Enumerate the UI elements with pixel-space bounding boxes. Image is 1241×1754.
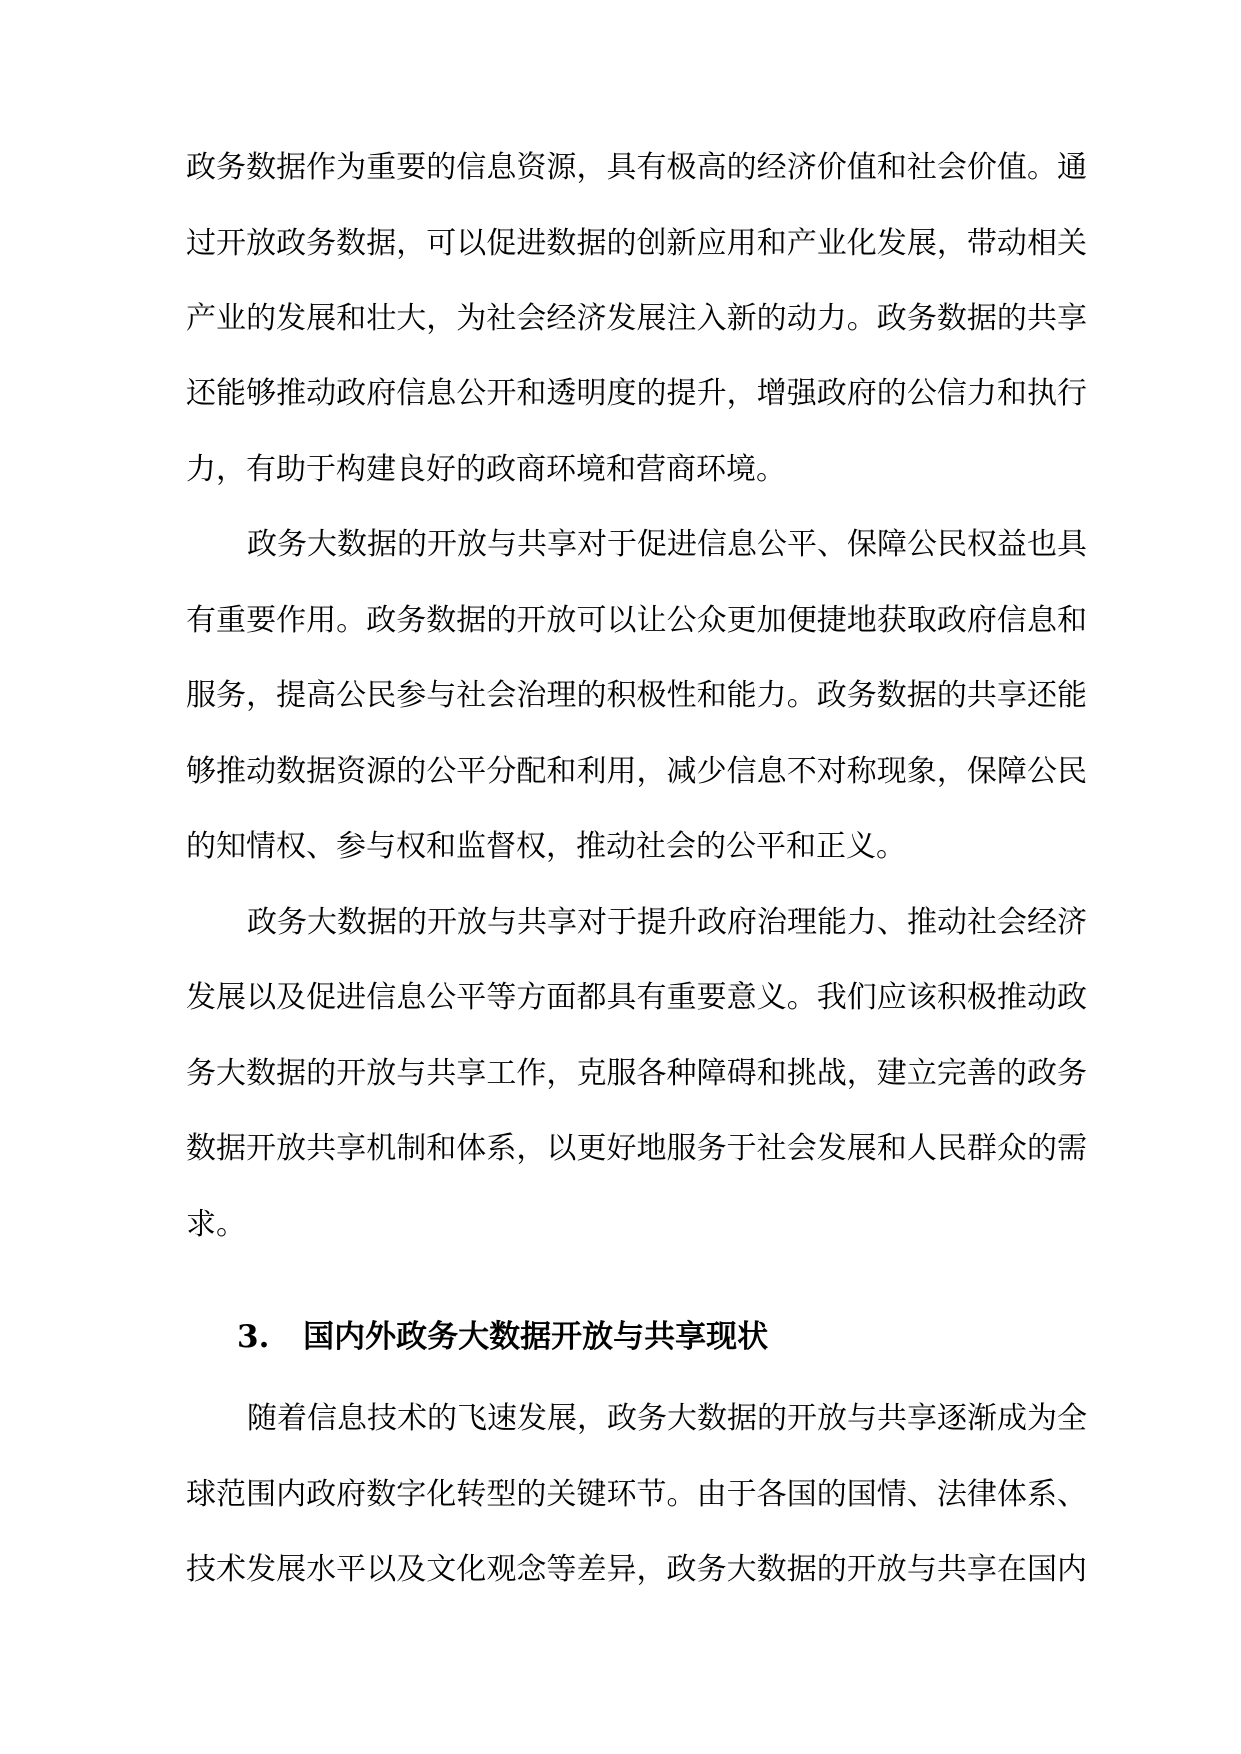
paragraph1-line4: 还能够推动政府信息公开和透明度的提升，增强政府的公信力和执行 [186, 377, 1087, 411]
paragraph3-line5: 求。 [186, 1208, 246, 1242]
paragraph2-line2: 有重要作用。政务数据的开放可以让公众更加便捷地获取政府信息和 [186, 604, 1087, 638]
paragraph2-line1: 政务大数据的开放与共享对于促进信息公平、保障公民权益也具 [247, 528, 1087, 562]
section-heading-title: 国内外政务大数据开放与共享现状 [303, 1320, 768, 1354]
paragraph2-line3: 服务，提高公民参与社会治理的积极性和能力。政务数据的共享还能 [186, 679, 1087, 713]
document-page: 政务数据作为重要的信息资源，具有极高的经济价值和社会价值。通 过开放政务数据，可… [0, 0, 1241, 1754]
paragraph4-line2: 球范围内政府数字化转型的关键环节。由于各国的国情、法律体系、 [186, 1478, 1087, 1512]
paragraph3-line2: 发展以及促进信息公平等方面都具有重要意义。我们应该积极推动政 [186, 981, 1087, 1015]
paragraph3-line4: 数据开放共享机制和体系，以更好地服务于社会发展和人民群众的需 [186, 1132, 1087, 1166]
paragraph1-line1: 政务数据作为重要的信息资源，具有极高的经济价值和社会价值。通 [186, 151, 1087, 185]
paragraph3-line3: 务大数据的开放与共享工作，克服各种障碍和挑战，建立完善的政务 [186, 1057, 1087, 1091]
paragraph1-line3: 产业的发展和壮大，为社会经济发展注入新的动力。政务数据的共享 [186, 302, 1087, 336]
paragraph4-line3: 技术发展水平以及文化观念等差异，政务大数据的开放与共享在国内 [186, 1553, 1087, 1587]
section-heading-number: 3. [237, 1320, 269, 1354]
paragraph3-line1: 政务大数据的开放与共享对于提升政府治理能力、推动社会经济 [247, 906, 1087, 940]
paragraph1-line5: 力，有助于构建良好的政商环境和营商环境。 [186, 453, 786, 487]
section-heading: 3. 国内外政务大数据开放与共享现状 [237, 1320, 768, 1354]
paragraph2-line5: 的知情权、参与权和监督权，推动社会的公平和正义。 [186, 830, 906, 864]
paragraph4-line1: 随着信息技术的飞速发展，政务大数据的开放与共享逐渐成为全 [247, 1402, 1087, 1436]
paragraph2-line4: 够推动数据资源的公平分配和利用，减少信息不对称现象，保障公民 [186, 755, 1087, 789]
paragraph1-line2: 过开放政务数据，可以促进数据的创新应用和产业化发展，带动相关 [186, 227, 1087, 261]
